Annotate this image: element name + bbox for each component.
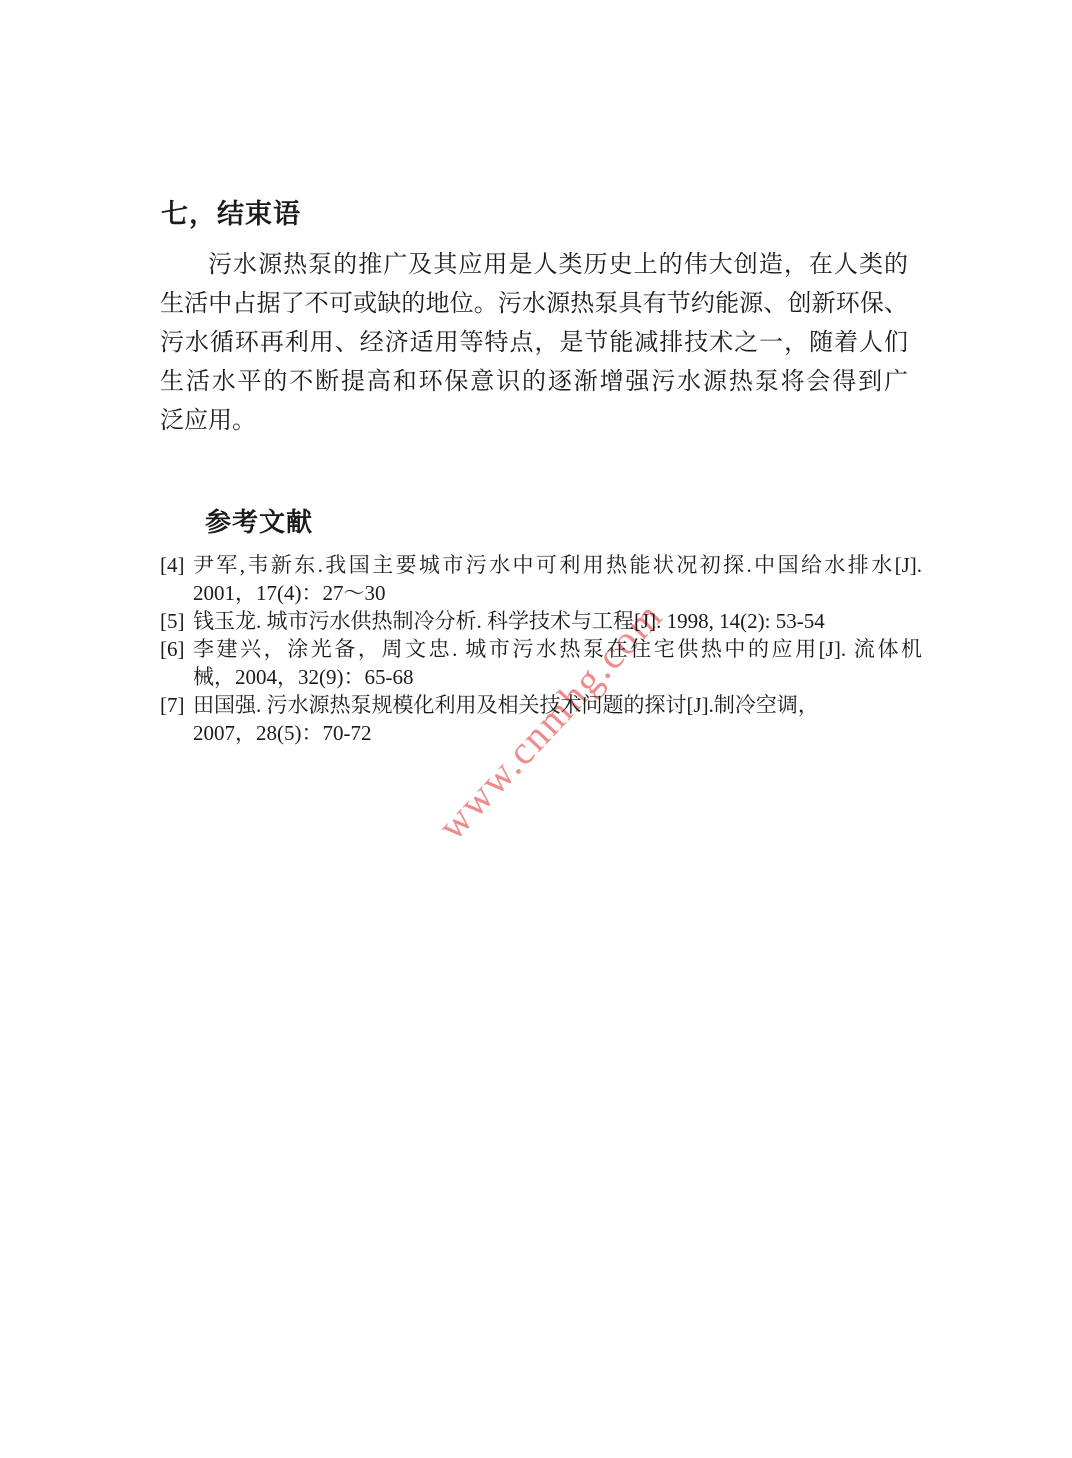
- references-heading: 参考文献: [205, 502, 313, 539]
- reference-line: 2001，17(4)：27～30: [193, 579, 922, 607]
- paragraph-line: 污水循环再利用、经济适用等特点，是节能减排技术之一，随着人们: [160, 324, 908, 363]
- reference-marker: [4]: [160, 551, 185, 579]
- reference-line: 田国强. 污水源热泵规模化利用及相关技术问题的探讨[J].制冷空调，: [193, 691, 922, 719]
- page-content: 七，结束语 污水源热泵的推广及其应用是人类历史上的伟大创造，在人类的 生活中占据…: [0, 0, 1072, 1458]
- reference-item: [5] 钱玉龙. 城市污水供热制冷分析. 科学技术与工程[J]. 1998, 1…: [160, 607, 922, 635]
- reference-line: 2007，28(5)：70-72: [193, 719, 922, 747]
- reference-marker: [6]: [160, 635, 185, 663]
- reference-line: 钱玉龙. 城市污水供热制冷分析. 科学技术与工程[J]. 1998, 14(2)…: [193, 607, 922, 635]
- reference-item: [4] 尹军,韦新东.我国主要城市污水中可利用热能状况初探.中国给水排水[J].…: [160, 551, 922, 607]
- document-page: www.cnmhg.com 七，结束语 污水源热泵的推广及其应用是人类历史上的伟…: [0, 0, 1072, 1458]
- reference-marker: [7]: [160, 691, 185, 719]
- conclusion-paragraph: 污水源热泵的推广及其应用是人类历史上的伟大创造，在人类的 生活中占据了不可或缺的…: [160, 246, 908, 441]
- paragraph-line: 生活水平的不断提高和环保意识的逐渐增强污水源热泵将会得到广: [160, 363, 908, 402]
- reference-line: 械，2004，32(9)：65-68: [193, 663, 922, 691]
- paragraph-line: 生活中占据了不可或缺的地位。污水源热泵具有节约能源、创新环保、: [160, 285, 908, 324]
- reference-marker: [5]: [160, 607, 185, 635]
- paragraph-line: 污水源热泵的推广及其应用是人类历史上的伟大创造，在人类的: [160, 246, 908, 285]
- section-heading: 七，结束语: [161, 192, 301, 231]
- reference-line: 李建兴，涂光备，周文忠. 城市污水热泵在住宅供热中的应用[J]. 流体机: [193, 635, 922, 663]
- reference-line: 尹军,韦新东.我国主要城市污水中可利用热能状况初探.中国给水排水[J].: [193, 551, 922, 579]
- reference-item: [7] 田国强. 污水源热泵规模化利用及相关技术问题的探讨[J].制冷空调， 2…: [160, 691, 922, 747]
- references-list: [4] 尹军,韦新东.我国主要城市污水中可利用热能状况初探.中国给水排水[J].…: [160, 551, 922, 747]
- paragraph-line: 泛应用。: [160, 402, 908, 441]
- reference-item: [6] 李建兴，涂光备，周文忠. 城市污水热泵在住宅供热中的应用[J]. 流体机…: [160, 635, 922, 691]
